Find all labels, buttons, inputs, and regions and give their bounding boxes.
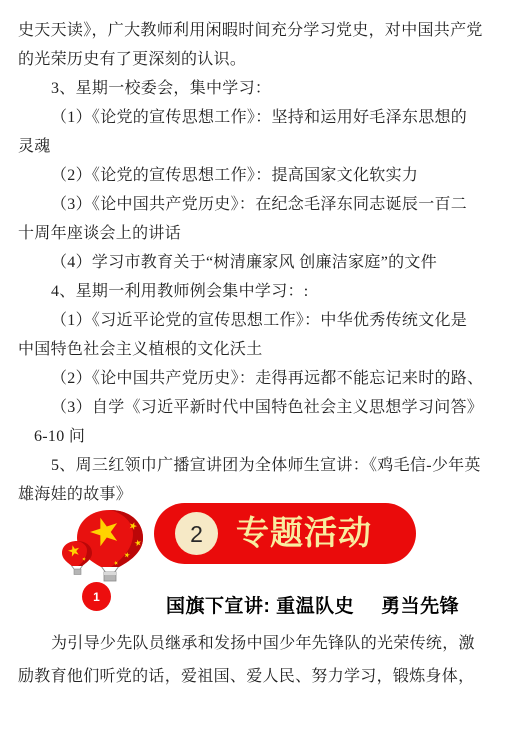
balloons-icon — [56, 502, 151, 586]
doc-line: 3、星期一校委会，集中学习： — [18, 74, 496, 103]
closing-paragraph: 为引导少先队员继承和发扬中国少年先锋队的光荣传统，激 励教育他们听党的话，爱祖国… — [18, 627, 496, 693]
small-balloon-icon — [62, 541, 92, 575]
doc-line: （1）《习近平论党的宣传思想工作》：中华优秀传统文化是 — [18, 306, 496, 335]
doc-line: 5、周三红领巾广播宣讲团为全体师生宣讲：《鸡毛信-少年英 — [18, 451, 496, 480]
doc-line: （4）学习市教育关于“树清廉家风 创廉洁家庭”的文件 — [18, 248, 496, 277]
doc-line: （3）自学《习近平新时代中国特色社会主义思想学习问答》 — [18, 393, 496, 422]
doc-line: 十周年座谈会上的讲话 — [18, 219, 496, 248]
doc-line: （1）《论党的宣传思想工作》：坚持和运用好毛泽东思想的 — [18, 103, 496, 132]
doc-line: 为引导少先队员继承和发扬中国少年先锋队的光荣传统，激 — [18, 627, 496, 660]
doc-line: 6-10 问 — [18, 422, 496, 451]
doc-line: 史天天读》，广大教师利用闲暇时间充分学习党史，对中国共产党 — [18, 16, 496, 45]
section-number-badge: 2 — [175, 512, 218, 555]
doc-line: 灵魂 — [18, 132, 496, 161]
document-page: 史天天读》，广大教师利用闲暇时间充分学习党史，对中国共产党 的光荣历史有了更深刻… — [0, 0, 511, 730]
section-banner-title: 专题活动 — [236, 503, 372, 564]
doc-line: 4、星期一利用教师例会集中学习：: — [18, 277, 496, 306]
doc-line: 中国特色社会主义植根的文化沃土 — [18, 335, 496, 364]
doc-line: （2）《论党的宣传思想工作》：提高国家文化软实力 — [18, 161, 496, 190]
document-body: 史天天读》，广大教师利用闲暇时间充分学习党史，对中国共产党 的光荣历史有了更深刻… — [18, 16, 496, 509]
subsection-heading-right: 勇当先锋 — [381, 596, 459, 617]
doc-line: 励教育他们听党的话，爱祖国、爱人民、努力学习，锻炼身体， — [18, 660, 496, 693]
subsection-heading-left: 国旗下宣讲: 重温队史 — [166, 596, 354, 617]
doc-line: （2）《论中国共产党历史》：走得再远都不能忘记来时的路、 — [18, 364, 496, 393]
item-number-badge: 1 — [82, 582, 111, 611]
section-banner: 2 专题活动 — [154, 503, 416, 564]
subsection-heading: 国旗下宣讲: 重温队史勇当先锋 — [166, 591, 459, 618]
doc-line: 的光荣历史有了更深刻的认识。 — [18, 45, 496, 74]
doc-line: （3）《论中国共产党历史》：在纪念毛泽东同志诞辰一百二 — [18, 190, 496, 219]
